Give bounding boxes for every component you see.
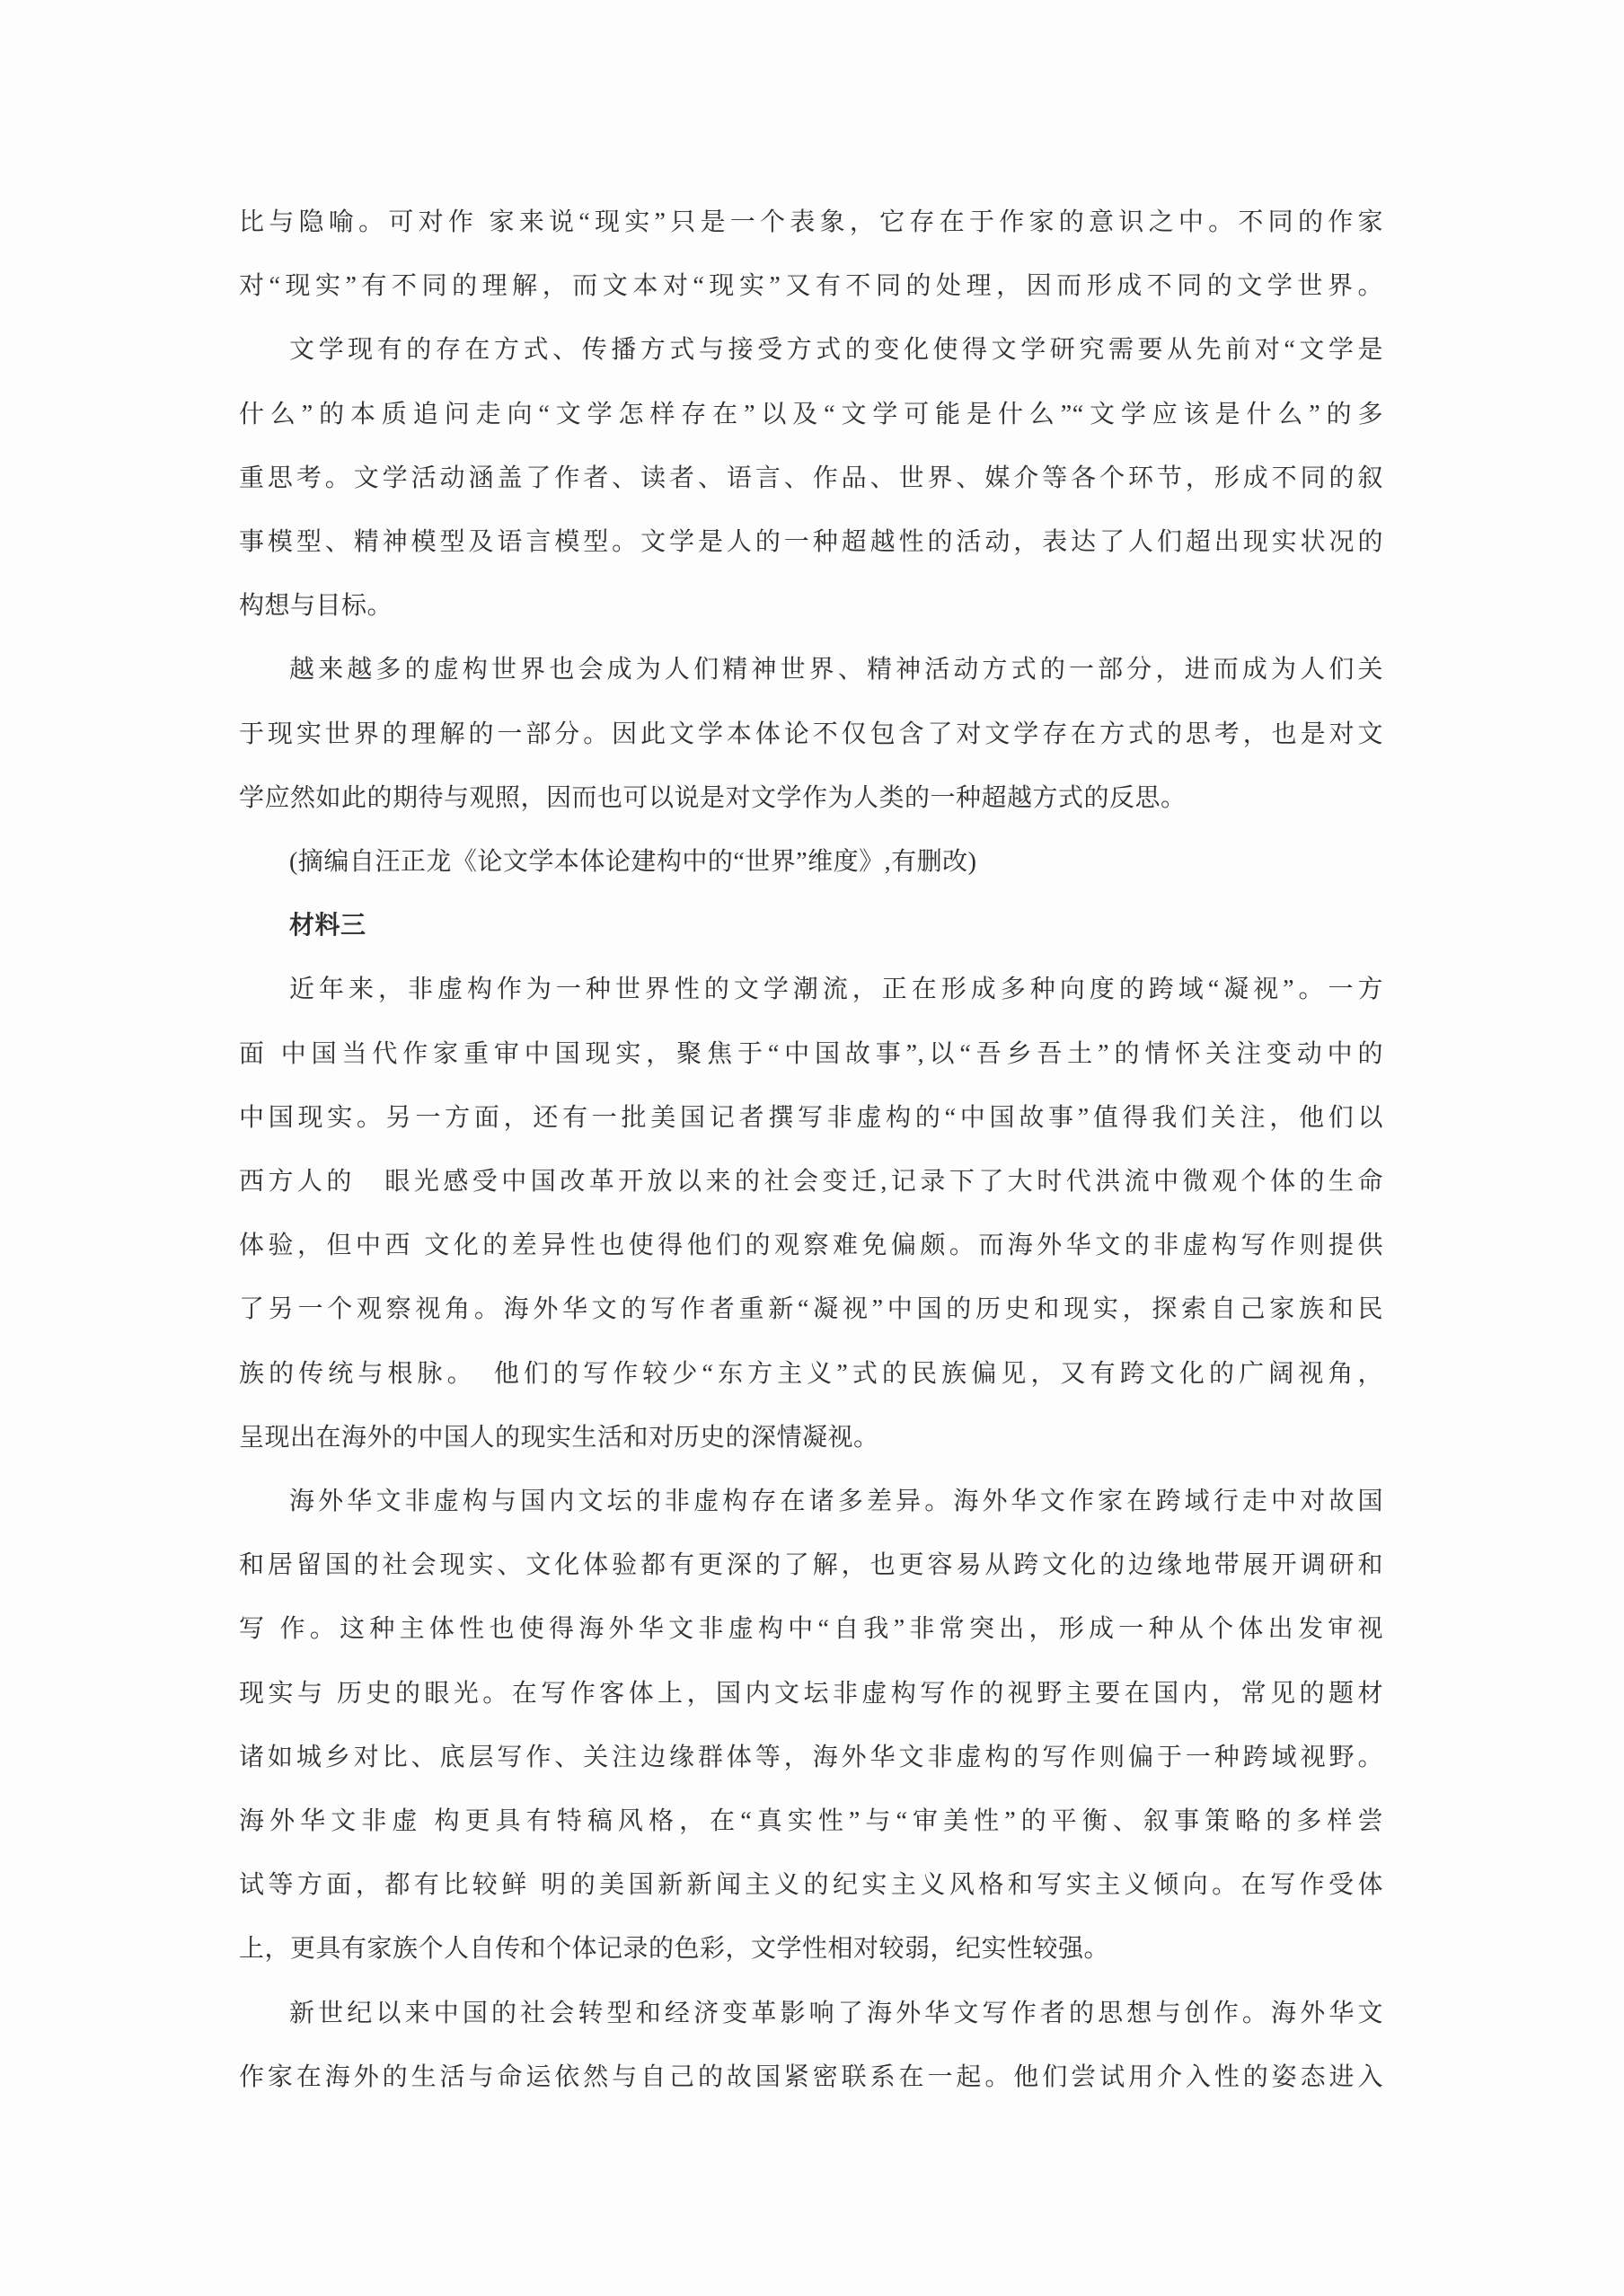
text-line-20: 呈现出在海外的中国人的现实生活和对历史的深情凝视。 — [239, 1406, 1383, 1470]
text-line-24: 现实与 历史的眼光。在写作客体上，国内文坛非虚构写作的视野主要在国内，常见的题材 — [239, 1662, 1383, 1726]
text-line-1: 比与隐喻。可对作 家来说“现实”只是一个表象，它存在于作家的意识之中。不同的作家 — [239, 190, 1383, 254]
text-line-15: 中国现实。另一方面，还有一批美国记者撰写非虚构的“中国故事”值得我们关注，他们以 — [239, 1086, 1383, 1150]
text-line-26: 海外华文非虚 构更具有特稿风格，在“真实性”与“审美性”的平衡、叙事策略的多样尝 — [239, 1789, 1383, 1853]
text-line-13: 近年来，非虚构作为一种世界性的文学潮流，正在形成多种向度的跨域“凝视”。一方 — [239, 958, 1383, 1021]
text-line-5: 重思考。文学活动涵盖了作者、读者、语言、作品、世界、媒介等各个环节，形成不同的叙 — [239, 446, 1383, 510]
text-line-25: 诸如城乡对比、底层写作、关注边缘群体等，海外华文非虚构的写作则偏于一种跨域视野。 — [239, 1726, 1383, 1789]
text-line-3: 文学现有的存在方式、传播方式与接受方式的变化使得文学研究需要从先前对“文学是 — [239, 318, 1383, 382]
text-line-29: 新世纪以来中国的社会转型和经济变革影响了海外华文写作者的思想与创作。海外华文 — [239, 1982, 1383, 2045]
text-line-16: 西方人的 眼光感受中国改革开放以来的社会变迁,记录下了大时代洪流中微观个体的生命 — [239, 1150, 1383, 1214]
text-line-6: 事模型、精神模型及语言模型。文学是人的一种超越性的活动，表达了人们超出现实状况的 — [239, 510, 1383, 574]
text-line-9: 于现实世界的理解的一部分。因此文学本体论不仅包含了对文学存在方式的思考，也是对文 — [239, 702, 1383, 766]
text-line-28: 上，更具有家族个人自传和个体记录的色彩，文学性相对较弱，纪实性较强。 — [239, 1917, 1383, 1981]
attribution-line: (摘编自汪正龙《论文学本体论建构中的“世界”维度》,有删改) — [239, 830, 1383, 894]
text-line-17: 体验，但中西 文化的差异性也使得他们的观察难免偏颇。而海外华文的非虚构写作则提供 — [239, 1214, 1383, 1277]
text-line-30: 作家在海外的生活与命运依然与自己的故国紧密联系在一起。他们尝试用介入性的姿态进入 — [239, 2045, 1383, 2109]
text-line-23: 写 作。这种主体性也使得海外华文非虚构中“自我”非常突出，形成一种从个体出发审视 — [239, 1597, 1383, 1661]
text-line-19: 族的传统与根脉。 他们的写作较少“东方主义”式的民族偏见，又有跨文化的广阔视角， — [239, 1342, 1383, 1406]
section-heading-material-3: 材料三 — [239, 894, 1383, 958]
text-line-2: 对“现实”有不同的理解，而文本对“现实”又有不同的处理，因而形成不同的文学世界。 — [239, 254, 1383, 318]
text-line-14: 面 中国当代作家重审中国现实，聚焦于“中国故事”,以“吾乡吾土”的情怀关注变动中… — [239, 1022, 1383, 1086]
text-line-7: 构想与目标。 — [239, 574, 1383, 638]
text-line-27: 试等方面，都有比较鲜 明的美国新新闻主义的纪实主义风格和写实主义倾向。在写作受体 — [239, 1853, 1383, 1917]
text-line-8: 越来越多的虚构世界也会成为人们精神世界、精神活动方式的一部分，进而成为人们关 — [239, 638, 1383, 702]
document-page: 比与隐喻。可对作 家来说“现实”只是一个表象，它存在于作家的意识之中。不同的作家… — [0, 0, 1624, 2296]
text-line-10: 学应然如此的期待与观照，因而也可以说是对文学作为人类的一种超越方式的反思。 — [239, 766, 1383, 830]
text-line-4: 什么”的本质追问走向“文学怎样存在”以及“文学可能是什么”“文学应该是什么”的多 — [239, 383, 1383, 446]
text-line-22: 和居留国的社会现实、文化体验都有更深的了解，也更容易从跨文化的边缘地带展开调研和 — [239, 1533, 1383, 1597]
page-text-block: 比与隐喻。可对作 家来说“现实”只是一个表象，它存在于作家的意识之中。不同的作家… — [239, 190, 1383, 2109]
text-line-18: 了另一个观察视角。海外华文的写作者重新“凝视”中国的历史和现实，探索自己家族和民 — [239, 1277, 1383, 1341]
text-line-21: 海外华文非虚构与国内文坛的非虚构存在诸多差异。海外华文作家在跨域行走中对故国 — [239, 1470, 1383, 1533]
